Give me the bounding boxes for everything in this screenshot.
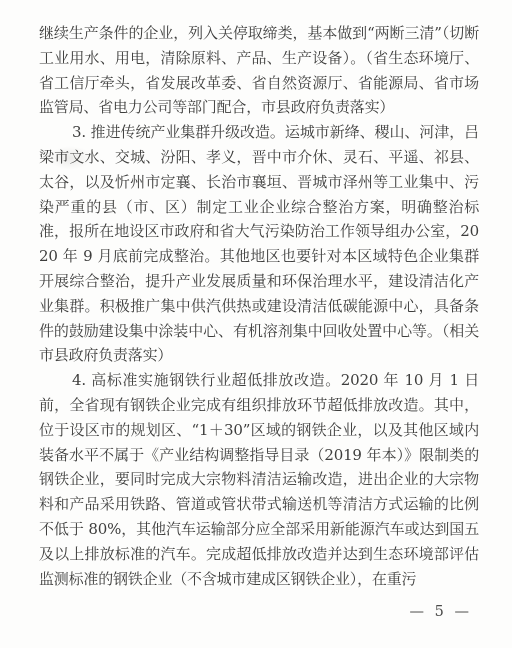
body-text-block: 继续生产条件的企业，列入关停取缔类，基本做到“两断三清”（切断工业用水、用电，清…: [39, 21, 479, 591]
page-number: — 5 —: [410, 604, 472, 620]
paragraph-item-3: 3. 推进传统产业集群升级改造。运城市新绛、稷山、河津，吕梁市文水、交城、汾阳、…: [39, 120, 479, 368]
paragraph-continued: 继续生产条件的企业，列入关停取缔类，基本做到“两断三清”（切断工业用水、用电，清…: [39, 21, 479, 120]
paragraph-item-4: 4. 高标准实施钢铁行业超低排放改造。2020 年 10 月 1 日前，全省现有…: [39, 368, 479, 591]
document-page: 继续生产条件的企业，列入关停取缔类，基本做到“两断三清”（切断工业用水、用电，清…: [0, 0, 512, 648]
